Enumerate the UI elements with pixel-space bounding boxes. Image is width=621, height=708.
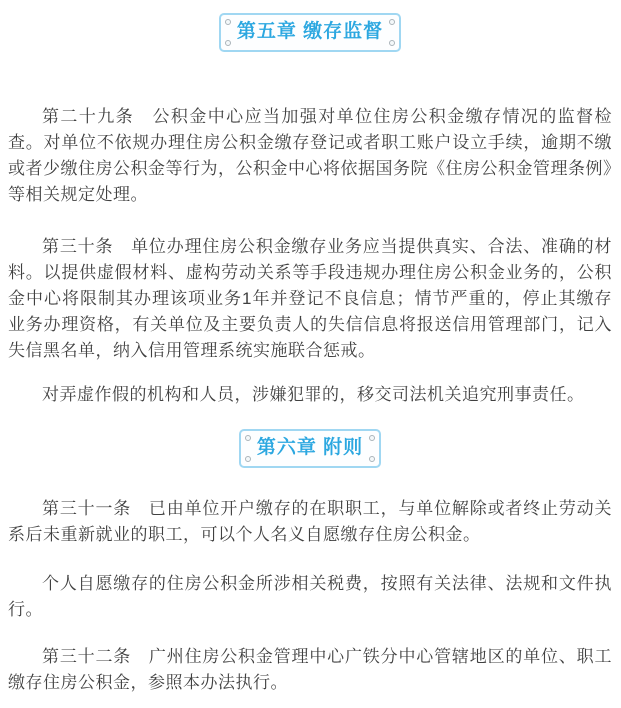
rivet-icon	[369, 456, 375, 462]
chapter-6-heading-plaque: 第六章 附则	[239, 429, 381, 468]
chapter-5-heading: 第五章 缴存监督	[237, 21, 383, 43]
fraud-liability-paragraph: 对弄虚作假的机构和人员，涉嫌犯罪的，移交司法机关追究刑事责任。	[8, 382, 612, 408]
article-30-paragraph: 第三十条 单位办理住房公积金缴存业务应当提供真实、合法、准确的材料。以提供虚假材…	[8, 234, 612, 364]
chapter-6-heading-row: 第六章 附则	[8, 429, 612, 468]
rivet-icon	[369, 435, 375, 441]
article-31-paragraph: 第三十一条 已由单位开户缴存的在职职工，与单位解除或者终止劳动关系后未重新就业的…	[8, 496, 612, 548]
voluntary-deposit-tax-paragraph: 个人自愿缴存的住房公积金所涉相关税费，按照有关法律、法规和文件执行。	[8, 571, 612, 623]
rivet-icon	[245, 435, 251, 441]
rivet-icon	[225, 19, 231, 25]
article-29-paragraph: 第二十九条 公积金中心应当加强对单位住房公积金缴存情况的监督检查。对单位不依规办…	[8, 104, 612, 208]
chapter-6-heading: 第六章 附则	[257, 437, 363, 459]
rivet-icon	[389, 19, 395, 25]
rivet-icon	[245, 456, 251, 462]
rivet-icon	[389, 40, 395, 46]
rivet-icon	[225, 40, 231, 46]
chapter-5-heading-row: 第五章 缴存监督	[8, 13, 612, 52]
document-page: 第五章 缴存监督 第二十九条 公积金中心应当加强对单位住房公积金缴存情况的监督检…	[0, 0, 621, 708]
article-32-paragraph: 第三十二条 广州住房公积金管理中心广铁分中心管辖地区的单位、职工缴存住房公积金，…	[8, 644, 612, 696]
chapter-5-heading-plaque: 第五章 缴存监督	[219, 13, 401, 52]
